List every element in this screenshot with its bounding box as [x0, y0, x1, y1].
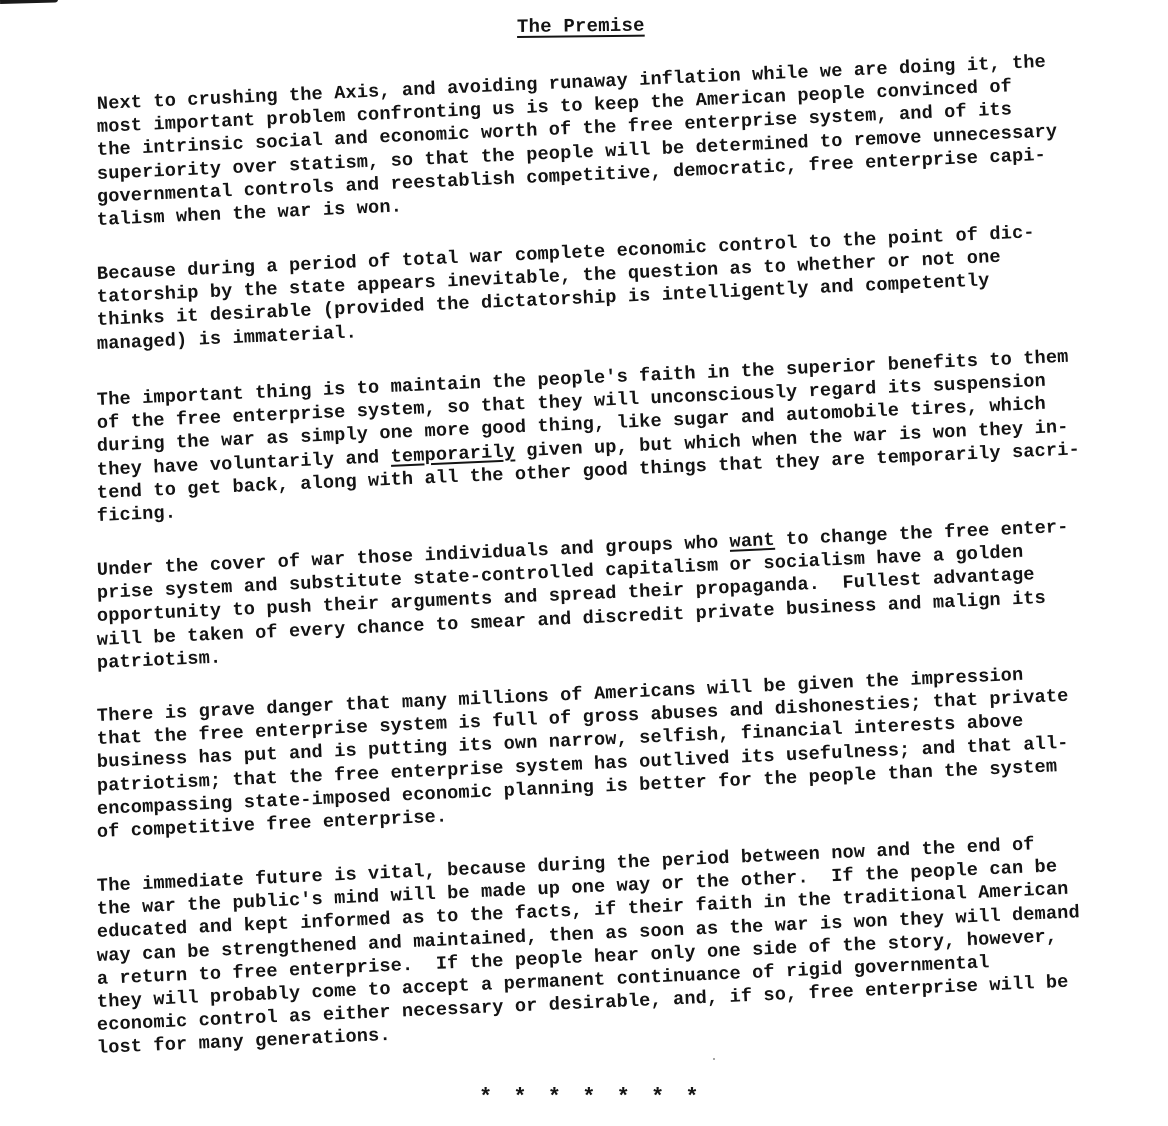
underlined-emphasis: temporarily	[390, 441, 515, 468]
text-line: ficing.	[97, 504, 177, 526]
underlined-emphasis: want	[729, 530, 775, 553]
text-line: patriotism.	[97, 649, 222, 673]
end-of-section-asterisks: * * * * * * *	[479, 1085, 703, 1110]
scan-speck	[713, 1058, 715, 1060]
page-title: The Premise	[517, 15, 645, 38]
typewritten-page: The Premise Next to crushing the Axis, a…	[0, 0, 1168, 1126]
